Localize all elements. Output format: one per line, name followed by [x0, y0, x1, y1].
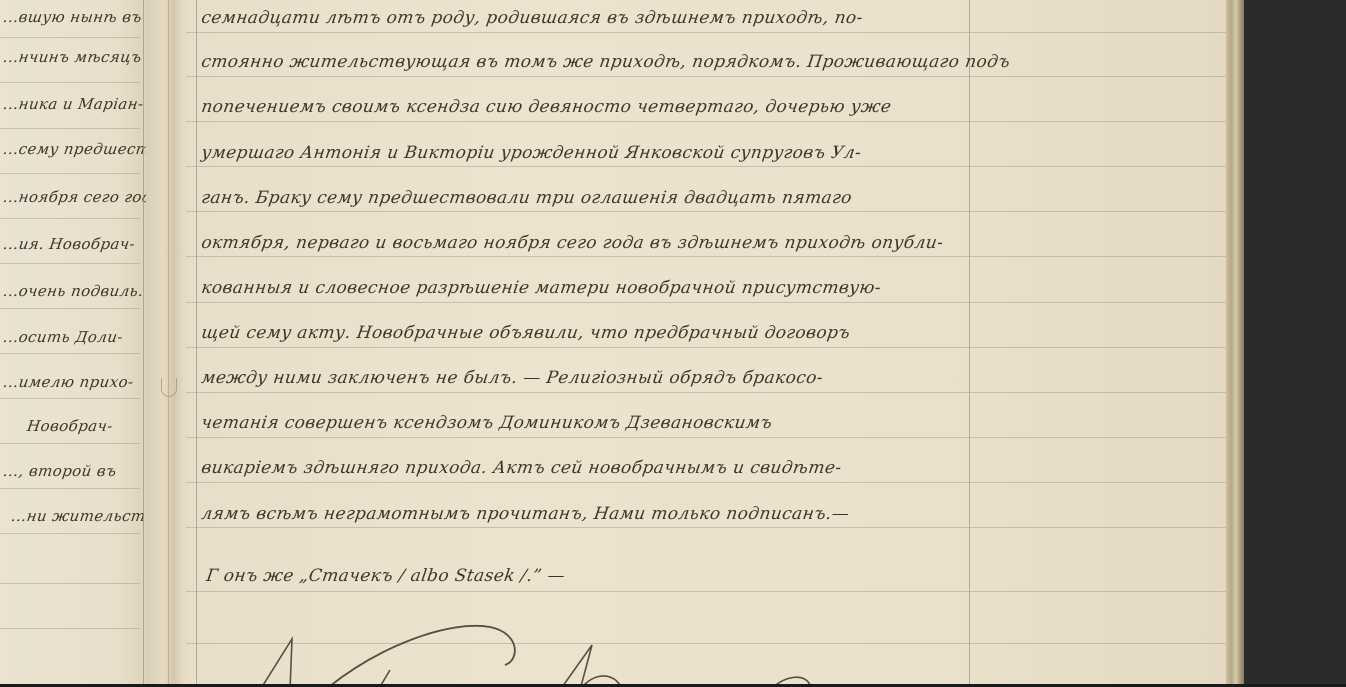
record-line: кованныя и словесное разрѣшеніе матери н…: [200, 278, 882, 298]
record-line: викаріемъ здѣшняго прихода. Актъ сей нов…: [200, 458, 843, 478]
ruled-line: [186, 256, 1226, 257]
page-edge: [1226, 0, 1244, 687]
ruled-line: [0, 308, 140, 309]
record-line: семнадцати лѣтъ отъ роду, родившаяся въ …: [200, 8, 864, 28]
ruled-line: [0, 583, 140, 584]
left-line: ...вшую нынѣ въ: [2, 8, 143, 26]
record-line: стоянно жительствующая въ томъ же приход…: [200, 52, 1011, 72]
ruled-line: [186, 347, 1226, 348]
ruled-line: [0, 218, 140, 219]
ruled-line: [0, 398, 140, 399]
left-line: Новобрач-: [26, 417, 114, 435]
ruled-line: [0, 173, 140, 174]
signature-flourish: [230, 615, 830, 687]
left-line: ...осить Доли-: [2, 328, 124, 346]
left-line: ..., второй въ: [2, 462, 118, 480]
ruled-line: [186, 121, 1226, 122]
left-line: ...ия. Новобрач-: [2, 235, 136, 253]
right-column-line: [969, 0, 970, 687]
left-line: ...очень подвиль.: [2, 282, 145, 300]
ruled-line: [186, 527, 1226, 528]
record-line: четанія совершенъ ксендзомъ Доминикомъ Д…: [200, 413, 774, 433]
ruled-line: [0, 263, 140, 264]
ruled-line: [186, 591, 1226, 592]
scan-backdrop: [1244, 0, 1346, 687]
ruled-line: [0, 37, 140, 38]
record-line: попечениемъ своимъ ксендза сию девяносто…: [200, 97, 893, 117]
ruled-line: [186, 392, 1226, 393]
left-line: ...имелю прихо-: [2, 373, 135, 391]
ruled-line: [0, 443, 140, 444]
record-line: ганъ. Браку сему предшествовали три огла…: [200, 188, 853, 208]
record-line: умершаго Антонія и Викторіи урожденной Я…: [200, 143, 863, 163]
book-gutter: [146, 0, 196, 687]
ruled-line: [186, 302, 1226, 303]
left-line: ...нчинъ мѣсяцъ: [2, 48, 143, 66]
ruled-line: [186, 32, 1226, 33]
record-line: щей сему акту. Новобрачные объявили, что…: [200, 323, 851, 343]
record-line: Г онъ же „Стачекъ / albo Stasek /.” —: [205, 566, 566, 586]
ruled-line: [186, 76, 1226, 77]
ruled-line: [186, 166, 1226, 167]
binding-thread-mark: [161, 378, 177, 397]
ruled-line: [186, 211, 1226, 212]
left-margin-line: [143, 0, 144, 687]
ruled-line: [0, 488, 140, 489]
ruled-line: [0, 82, 140, 83]
right-page-margin-line: [196, 0, 197, 687]
left-line: ...ноября сего года: [2, 188, 162, 206]
ruled-line: [186, 437, 1226, 438]
ruled-line: [0, 533, 140, 534]
document-scan: ...вшую нынѣ въ ...нчинъ мѣсяцъ ...ника …: [0, 0, 1346, 687]
gutter-crease: [168, 0, 169, 687]
left-line: ...ника и Маріан-: [2, 95, 145, 113]
record-line: октября, перваго и восьмаго ноября сего …: [200, 233, 945, 253]
record-line: между ними заключенъ не былъ. — Религіоз…: [200, 368, 824, 388]
ruled-line: [0, 128, 140, 129]
ruled-line: [0, 628, 140, 629]
ruled-line: [186, 482, 1226, 483]
ruled-line: [0, 353, 140, 354]
record-line: лямъ всѣмъ неграмотнымъ прочитанъ, Нами …: [200, 504, 851, 524]
